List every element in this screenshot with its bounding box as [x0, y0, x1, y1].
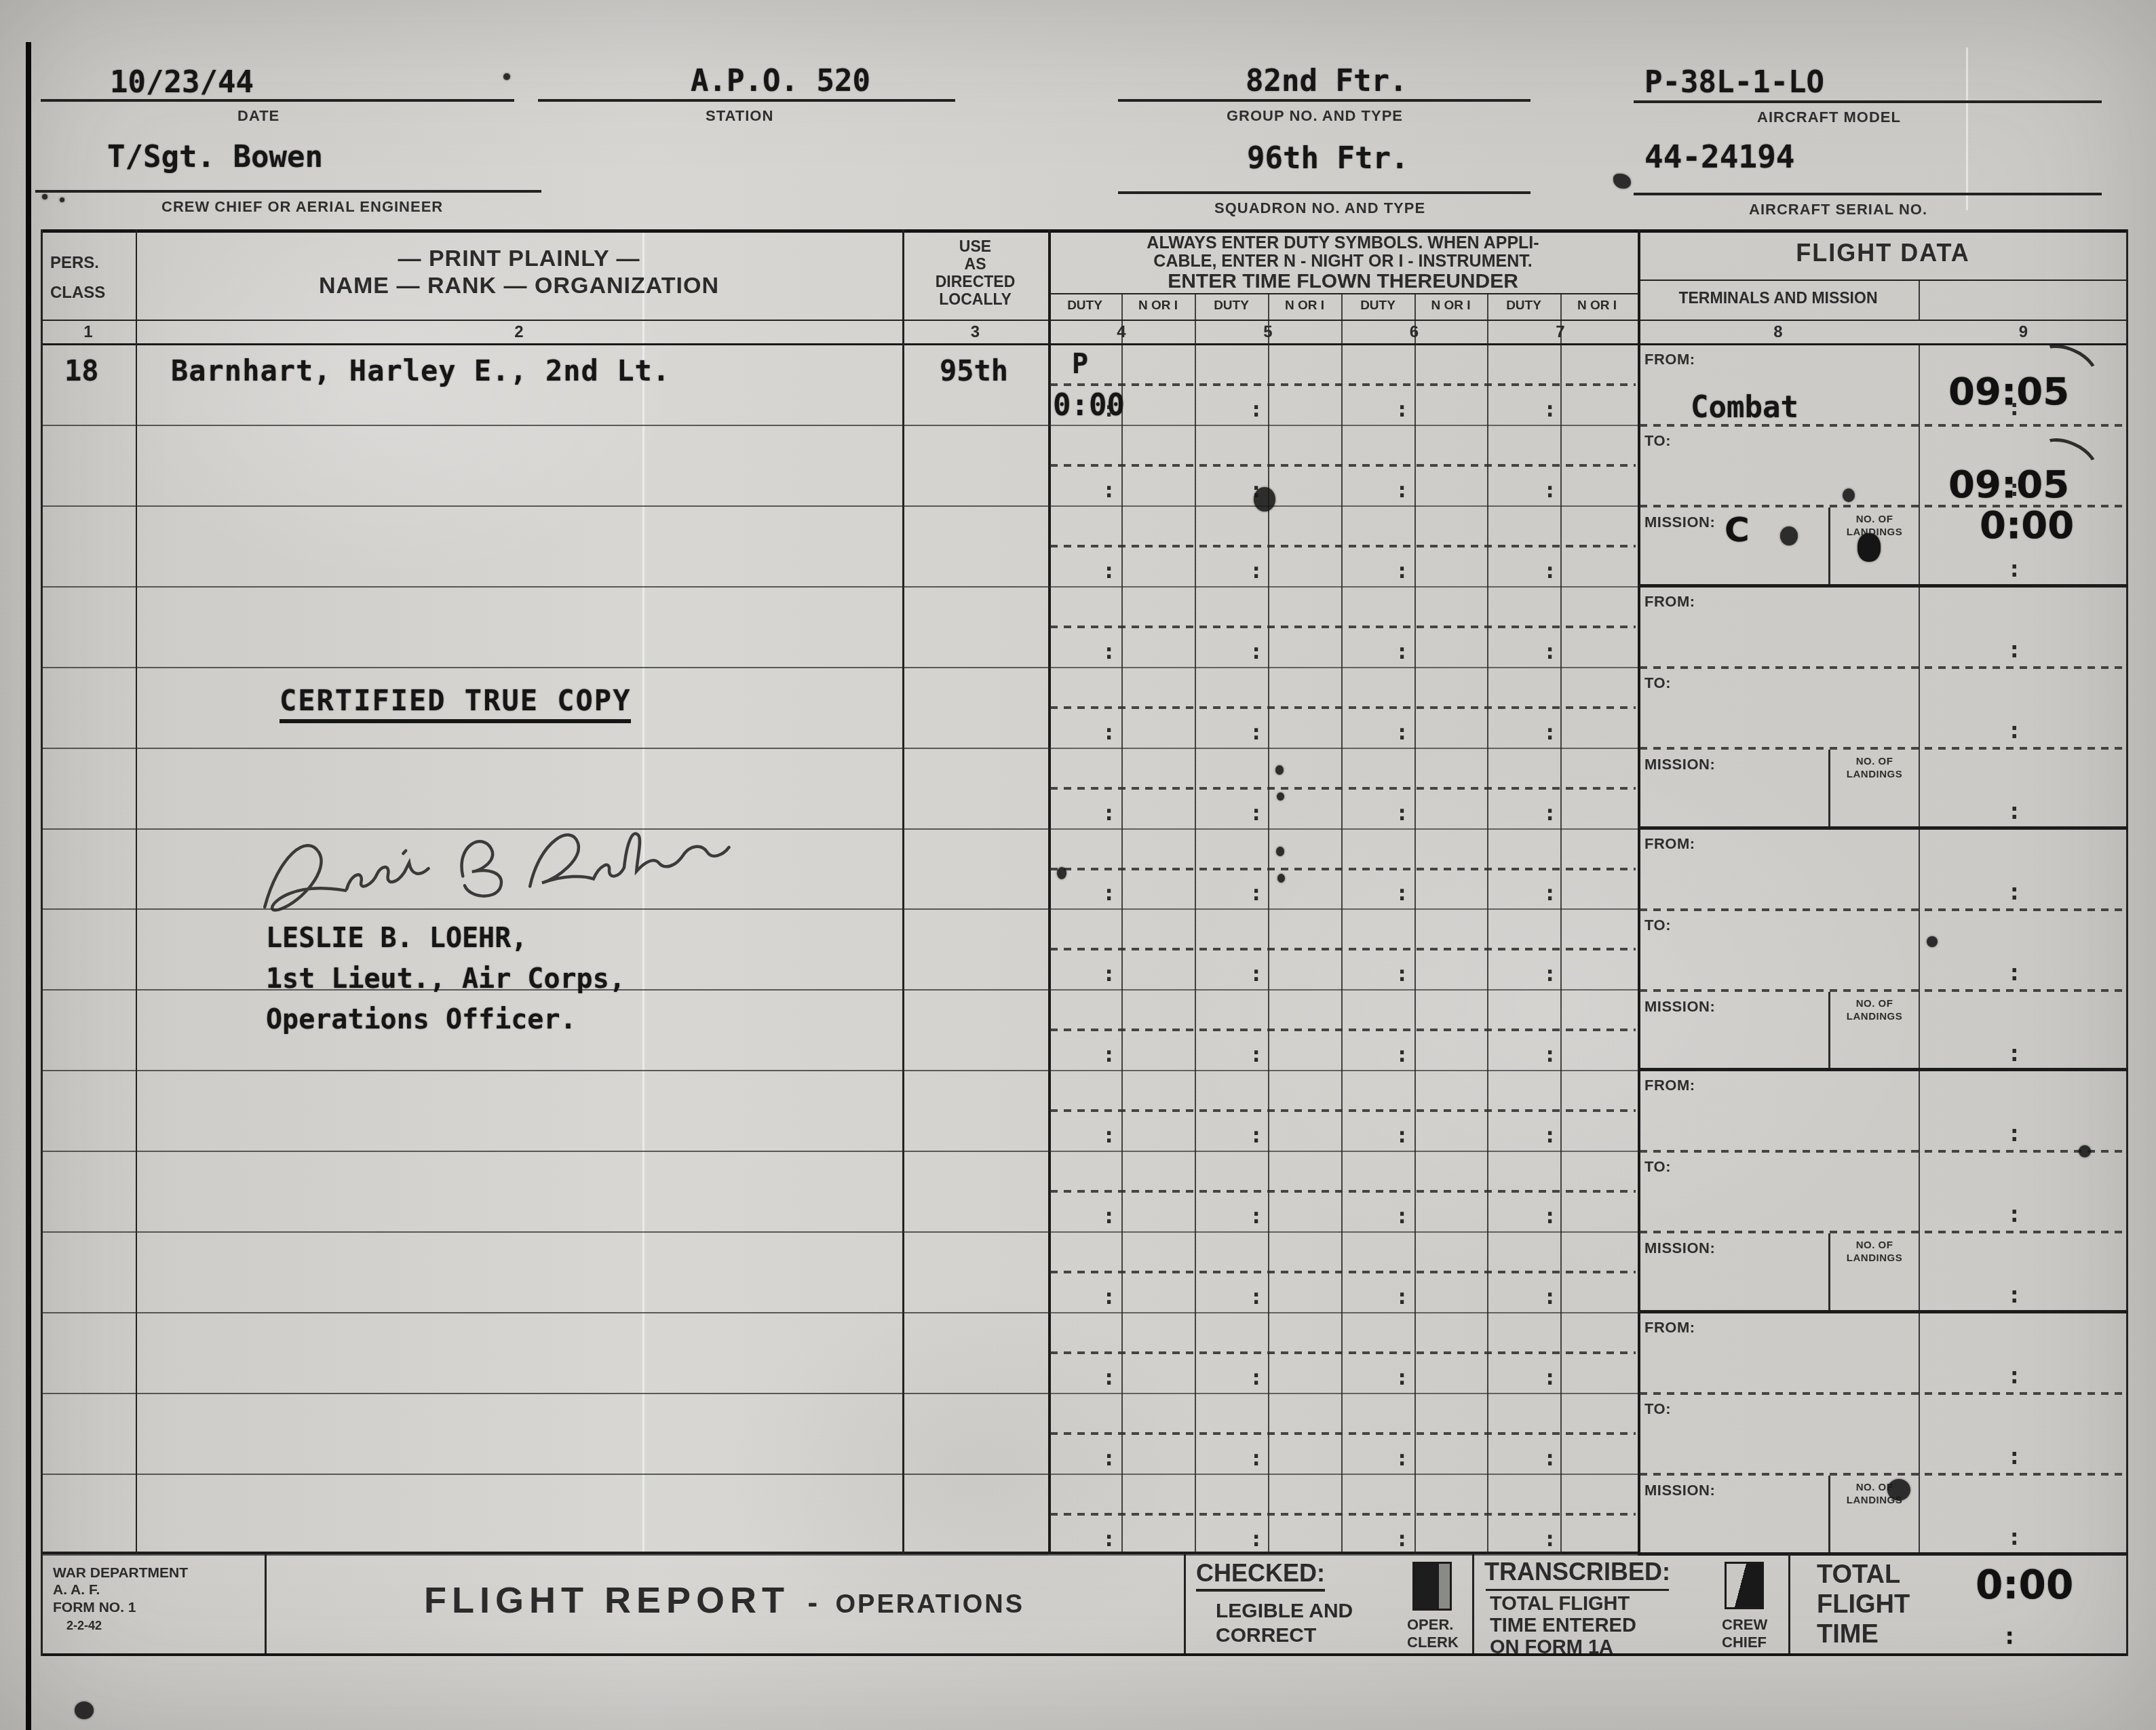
flight-data-block: FROM: TO: MISSION: NO. OF LANDINGS : : : [1638, 588, 2128, 830]
scan-artifact [2079, 1145, 2091, 1157]
time-colon: : [2007, 636, 2021, 664]
time-colon: : [1102, 638, 1115, 664]
col-number: 3 [902, 323, 1048, 342]
duty-row: : : : : [1048, 910, 1638, 991]
use-as-directed-header: AS [902, 255, 1048, 273]
time-colon: : [1102, 477, 1115, 503]
terminal-value: Combat [1691, 390, 1798, 425]
time-colon: : [2007, 798, 2021, 825]
scan-artifact [1887, 1479, 1910, 1501]
mission-label: MISSION: [1644, 514, 1715, 531]
duty-row: : : : : [1048, 1394, 1638, 1475]
time-colon: : [1250, 1122, 1263, 1148]
scan-artifact [1254, 487, 1275, 512]
dashed-rule [1050, 1190, 1636, 1193]
duty-time-value: 0:00 [1053, 388, 1125, 423]
time-colon: : [2007, 1443, 2021, 1470]
scan-edge-line [26, 42, 31, 1730]
duty-row: : : : : [1048, 991, 1638, 1071]
time-colon: : [1543, 558, 1556, 583]
dashed-rule [1050, 868, 1636, 870]
duty-note: ALWAYS ENTER DUTY SYMBOLS. WHEN APPLI- [1048, 233, 1638, 253]
landings-box: NO. OF LANDINGS [1828, 750, 1919, 826]
time-colon: : [1543, 638, 1556, 664]
time-colon: : [1250, 719, 1263, 745]
rule [41, 1653, 2128, 1656]
to-label: TO: [1644, 1400, 1671, 1418]
rule [35, 190, 541, 193]
rule [1638, 280, 2128, 281]
certified-true-copy: CERTIFIED TRUE COPY [280, 684, 631, 723]
dashed-rule [1640, 666, 2126, 669]
scan-artifact [1843, 488, 1855, 502]
terminals-header: TERMINALS AND MISSION [1638, 289, 1919, 307]
col-number: 1 [41, 323, 136, 342]
duty-row: : : : : [1048, 588, 1638, 668]
duty-col-header: DUTY [1341, 299, 1414, 313]
scan-artifact [503, 73, 510, 80]
dashed-rule [1050, 706, 1636, 709]
time-colon: : [1543, 1284, 1556, 1309]
dashed-rule [1050, 626, 1636, 628]
time-colon: : [1250, 1203, 1263, 1229]
pers-class-value: 18 [64, 354, 99, 387]
landings-box: NO. OF LANDINGS [1828, 992, 1919, 1069]
station-label: STATION [706, 107, 773, 125]
rule [41, 229, 2128, 233]
table-row [41, 426, 1048, 507]
rule [41, 99, 514, 102]
time-colon: : [1543, 477, 1556, 503]
rule [1919, 345, 1920, 584]
time-colon: : [2007, 1282, 2021, 1309]
time-colon: : [1395, 1284, 1408, 1309]
duty-row: : : : : [1048, 668, 1638, 749]
duty-col-header: DUTY [1048, 299, 1121, 313]
form-title-sep: - [807, 1586, 817, 1619]
crew-chief-initial-box [1725, 1562, 1764, 1609]
transcribed-sub: TOTAL FLIGHT [1490, 1593, 1630, 1615]
table-row [41, 1152, 1048, 1233]
mission-label: MISSION: [1644, 756, 1715, 773]
col-number: 7 [1487, 323, 1634, 342]
to-label: TO: [1644, 1158, 1671, 1176]
scan-streak [1966, 47, 1968, 210]
time-colon: : [1250, 638, 1263, 664]
time-colon: : [1395, 558, 1408, 583]
time-colon: : [1250, 880, 1263, 906]
to-label: TO: [1644, 674, 1671, 692]
signer-title: Operations Officer. [266, 1004, 577, 1035]
scan-artifact [1277, 792, 1284, 801]
time-colon: : [1543, 800, 1556, 826]
scan-artifact [1275, 765, 1284, 775]
time-colon: : [1250, 1445, 1263, 1471]
time-colon: : [1250, 558, 1263, 583]
from-label: FROM: [1644, 835, 1695, 853]
time-colon: : [2003, 1623, 2016, 1650]
transcribed-label: TRANSCRIBED: [1484, 1558, 1670, 1589]
use-as-directed-header: DIRECTED [902, 273, 1048, 291]
time-colon: : [1395, 1526, 1408, 1552]
time-colon: : [1543, 1364, 1556, 1390]
time-colon: : [2007, 1362, 2021, 1389]
mission-time-value: 0:00 [1980, 503, 2074, 547]
dashed-rule [1050, 545, 1636, 547]
crew-chief-label: CHIEF [1722, 1634, 1767, 1651]
duty-row: : : : : [1048, 830, 1638, 910]
form-id-line: WAR DEPARTMENT [53, 1564, 188, 1582]
flight-data-block: FROM: TO: MISSION: NO. OF LANDINGS : : : [1638, 830, 2128, 1072]
dashed-rule [1050, 1029, 1636, 1031]
signer-name: LESLIE B. LOEHR, [266, 923, 527, 954]
rule [1634, 193, 2102, 195]
col-number: 6 [1341, 323, 1487, 342]
time-colon: : [1395, 800, 1408, 826]
mission-label: MISSION: [1644, 1482, 1715, 1499]
time-colon: : [2007, 1040, 2021, 1067]
time-colon: : [1250, 1526, 1263, 1552]
time-colon: : [1102, 1364, 1115, 1390]
crew-chief-label: CREW CHIEF OR AERIAL ENGINEER [161, 198, 443, 216]
group-value: 82nd Ftr. [1246, 64, 1407, 98]
form-id-line: A. A. F. [53, 1582, 100, 1598]
col-number: 9 [1919, 323, 2128, 342]
duty-note: ENTER TIME FLOWN THEREUNDER [1048, 270, 1638, 293]
checked-label: CHECKED: [1196, 1559, 1325, 1592]
rule [1118, 191, 1531, 194]
serial-value: 44-24194 [1644, 138, 1795, 175]
from-label: FROM: [1644, 1319, 1695, 1337]
squadron-value: 96th Ftr. [1247, 141, 1408, 176]
landings-label: NO. OF [1830, 513, 1919, 526]
to-label: TO: [1644, 432, 1671, 450]
form-title: FLIGHT REPORT - OPERATIONS [265, 1579, 1184, 1621]
time-colon: : [1102, 558, 1115, 583]
duty-note: CABLE, ENTER N - NIGHT OR I - INSTRUMENT… [1048, 252, 1638, 271]
time-colon: : [1102, 800, 1115, 826]
time-colon: : [2007, 959, 2021, 986]
time-colon: : [1250, 800, 1263, 826]
duty-row: : : : : [1048, 507, 1638, 588]
time-colon: : [1102, 1284, 1115, 1309]
time-colon: : [1395, 1203, 1408, 1229]
transcribed-sub: TIME ENTERED [1490, 1615, 1636, 1637]
rule [1634, 100, 2102, 103]
time-colon: : [2007, 1120, 2021, 1147]
table-row [41, 1313, 1048, 1394]
nori-col-header: N OR I [1414, 299, 1487, 313]
time-colon: : [1395, 638, 1408, 664]
table-row [41, 1071, 1048, 1152]
nori-col-header: N OR I [1560, 299, 1634, 313]
time-colon: : [1102, 1122, 1115, 1148]
date-label: DATE [237, 107, 280, 125]
dashed-rule [1640, 1150, 2126, 1153]
scan-artifact [1780, 526, 1798, 545]
time-colon: : [1395, 477, 1408, 503]
time-colon: : [1543, 961, 1556, 986]
dashed-rule [1050, 787, 1636, 790]
checked-sub: LEGIBLE AND [1216, 1600, 1353, 1623]
flight-data-block: FROM: TO: MISSION: NO. OF LANDINGS : : : [1638, 1071, 2128, 1313]
use-as-directed-header: LOCALLY [902, 290, 1048, 309]
flight-data-block: FROM: TO: MISSION: NO. OF LANDINGS : : : [1638, 1313, 2128, 1556]
squadron-label: SQUADRON NO. AND TYPE [1214, 199, 1425, 217]
time-colon: : [2007, 556, 2021, 583]
time-colon: : [1395, 1445, 1408, 1471]
landings-label: LANDINGS [1830, 768, 1919, 781]
time-colon: : [2007, 1524, 2021, 1551]
scan-artifact [1276, 847, 1284, 856]
col-number: 8 [1638, 323, 1919, 342]
time-colon: : [1395, 1364, 1408, 1390]
time-colon: : [1395, 1041, 1408, 1067]
dashed-rule [1050, 1351, 1636, 1354]
mission-label: MISSION: [1644, 1239, 1715, 1257]
table-row [41, 588, 1048, 668]
rule [1118, 99, 1531, 102]
time-colon: : [1543, 1041, 1556, 1067]
scan-artifact [42, 194, 47, 199]
time-colon: : [1250, 961, 1263, 986]
dashed-rule [1050, 1271, 1636, 1273]
dashed-rule [1050, 464, 1636, 467]
from-label: FROM: [1644, 351, 1695, 368]
scanned-flight-report: 10/23/44 DATE A.P.O. 520 STATION 82nd Ft… [0, 0, 2156, 1730]
duty-row: : : : : [1048, 1313, 1638, 1394]
duty-row: : : : : [1048, 426, 1638, 507]
dashed-rule [1640, 908, 2126, 911]
time-colon: : [1102, 1445, 1115, 1471]
time-colon: : [1395, 880, 1408, 906]
table-row [41, 1475, 1048, 1556]
rule [1919, 1313, 1920, 1552]
time-colon: : [1395, 396, 1408, 422]
flight-data-header: FLIGHT DATA [1638, 239, 2128, 267]
total-flight-time-label: FLIGHT [1817, 1590, 1910, 1619]
col-number: 2 [136, 323, 902, 342]
time-colon: : [1395, 961, 1408, 986]
time-colon: : [1543, 396, 1556, 422]
total-flight-time-label: TIME [1817, 1620, 1879, 1649]
duty-row: : : : : [1048, 1152, 1638, 1233]
duty-row: : : : : [1048, 1475, 1638, 1556]
checked-sub: CORRECT [1216, 1624, 1316, 1647]
table-row [41, 1233, 1048, 1313]
oper-clerk-label: OPER. [1407, 1616, 1453, 1634]
from-label: FROM: [1644, 1077, 1695, 1094]
to-label: TO: [1644, 917, 1671, 934]
rule [1919, 1071, 1920, 1310]
time-colon: : [1250, 396, 1263, 422]
time-colon: : [1543, 1445, 1556, 1471]
name-rank-header: NAME — RANK — ORGANIZATION [136, 273, 902, 299]
time-colon: : [2007, 879, 2021, 906]
rule [1184, 1554, 1186, 1653]
dashed-rule [1640, 1392, 2126, 1395]
rule [1472, 1554, 1474, 1653]
nori-col-header: N OR I [1268, 299, 1341, 313]
crew-chief-label: CREW [1722, 1616, 1767, 1634]
landings-mark [1857, 533, 1881, 562]
rule [1788, 1554, 1790, 1653]
landings-label: NO. OF [1830, 755, 1919, 768]
time-colon: : [1102, 880, 1115, 906]
col-number: 5 [1195, 323, 1341, 342]
dashed-rule [1050, 383, 1636, 386]
duty-row: : : : : [1048, 1233, 1638, 1313]
scan-artifact [1613, 174, 1631, 189]
oper-clerk-label: CLERK [1407, 1634, 1459, 1651]
duty-col-header: DUTY [1487, 299, 1560, 313]
landings-label: NO. OF [1830, 1239, 1919, 1252]
date-value: 10/23/44 [110, 65, 254, 100]
serial-label: AIRCRAFT SERIAL NO. [1749, 201, 1927, 218]
print-plainly-header: — PRINT PLAINLY — [136, 246, 902, 272]
duty-row: : : : : [1048, 1071, 1638, 1152]
time-colon: : [2007, 1201, 2021, 1228]
mission-code-value: C [1725, 510, 1750, 550]
scan-artifact [1277, 874, 1285, 883]
time-colon: : [1250, 1041, 1263, 1067]
dashed-rule [1050, 1513, 1636, 1516]
duty-ruling: : : : : : : : : : : : : : : : : : : : [1048, 345, 1638, 1556]
table-row [41, 507, 1048, 588]
time-colon: : [1543, 719, 1556, 745]
pers-class-header: CLASS [50, 284, 105, 303]
duty-symbol-value: P [1072, 349, 1088, 380]
rule [41, 320, 2128, 321]
time-colon: : [1102, 1041, 1115, 1067]
scan-artifact [75, 1702, 94, 1719]
time-colon: : [1102, 1203, 1115, 1229]
total-flight-time-value: 0:00 [1976, 1562, 2073, 1608]
local-use-value: 95th [940, 354, 1008, 387]
time-colon: : [1543, 1526, 1556, 1552]
landings-label: LANDINGS [1830, 1252, 1919, 1265]
form-title-suffix: OPERATIONS [836, 1590, 1024, 1619]
crew-chief-value: T/Sgt. Bowen [107, 140, 323, 174]
landings-box: NO. OF LANDINGS [1828, 1233, 1919, 1310]
scan-artifact [1057, 867, 1066, 879]
time-colon: : [1543, 880, 1556, 906]
dashed-rule [1050, 948, 1636, 950]
time-colon: : [1250, 1364, 1263, 1390]
time-colon: : [1250, 1284, 1263, 1309]
dashed-rule [1050, 1432, 1636, 1435]
rule [1048, 293, 1638, 294]
pers-class-header: PERS. [50, 254, 99, 273]
mission-label: MISSION: [1644, 998, 1715, 1016]
station-value: A.P.O. 520 [691, 64, 870, 98]
nori-col-header: N OR I [1121, 299, 1195, 313]
group-label: GROUP NO. AND TYPE [1227, 107, 1403, 125]
duty-col-header: DUTY [1195, 299, 1268, 313]
time-colon: : [1395, 1122, 1408, 1148]
oper-clerk-initial-box [1412, 1562, 1452, 1611]
time-colon: : [1102, 719, 1115, 745]
dashed-rule [1050, 1109, 1636, 1112]
total-flight-time-label: TOTAL [1817, 1560, 1900, 1590]
time-colon: : [2007, 717, 2021, 744]
form-id-line: 2-2-42 [66, 1619, 102, 1633]
time-colon: : [1395, 719, 1408, 745]
col-number: 4 [1048, 323, 1195, 342]
left-ruling [41, 345, 1048, 1556]
table-row [41, 1394, 1048, 1475]
scan-artifact [60, 197, 64, 202]
rule [1919, 280, 1920, 320]
aircraft-model-label: AIRCRAFT MODEL [1757, 109, 1901, 126]
rule [1919, 588, 1920, 826]
pilot-name-value: Barnhart, Harley E., 2nd Lt. [171, 354, 670, 387]
form-id-line: FORM NO. 1 [53, 1600, 136, 1616]
time-colon: : [1543, 1122, 1556, 1148]
transcribed-sub: ON FORM 1A [1490, 1636, 1613, 1659]
time-colon: : [1102, 961, 1115, 986]
scan-artifact [1927, 936, 1938, 947]
time-colon: : [1543, 1203, 1556, 1229]
signer-rank: 1st Lieut., Air Corps, [266, 963, 625, 995]
form-title-main: FLIGHT REPORT [424, 1580, 790, 1621]
rule [1919, 830, 1920, 1069]
duty-row: : : : : [1048, 345, 1638, 426]
landings-label: LANDINGS [1830, 1010, 1919, 1023]
from-label: FROM: [1644, 593, 1695, 611]
time-colon: : [1102, 1526, 1115, 1552]
duty-row: : : : : [1048, 749, 1638, 830]
landings-label: NO. OF [1830, 997, 1919, 1010]
aircraft-model-value: P-38L-1-LO [1644, 65, 1824, 100]
rule [538, 99, 955, 102]
use-as-directed-header: USE [902, 237, 1048, 256]
